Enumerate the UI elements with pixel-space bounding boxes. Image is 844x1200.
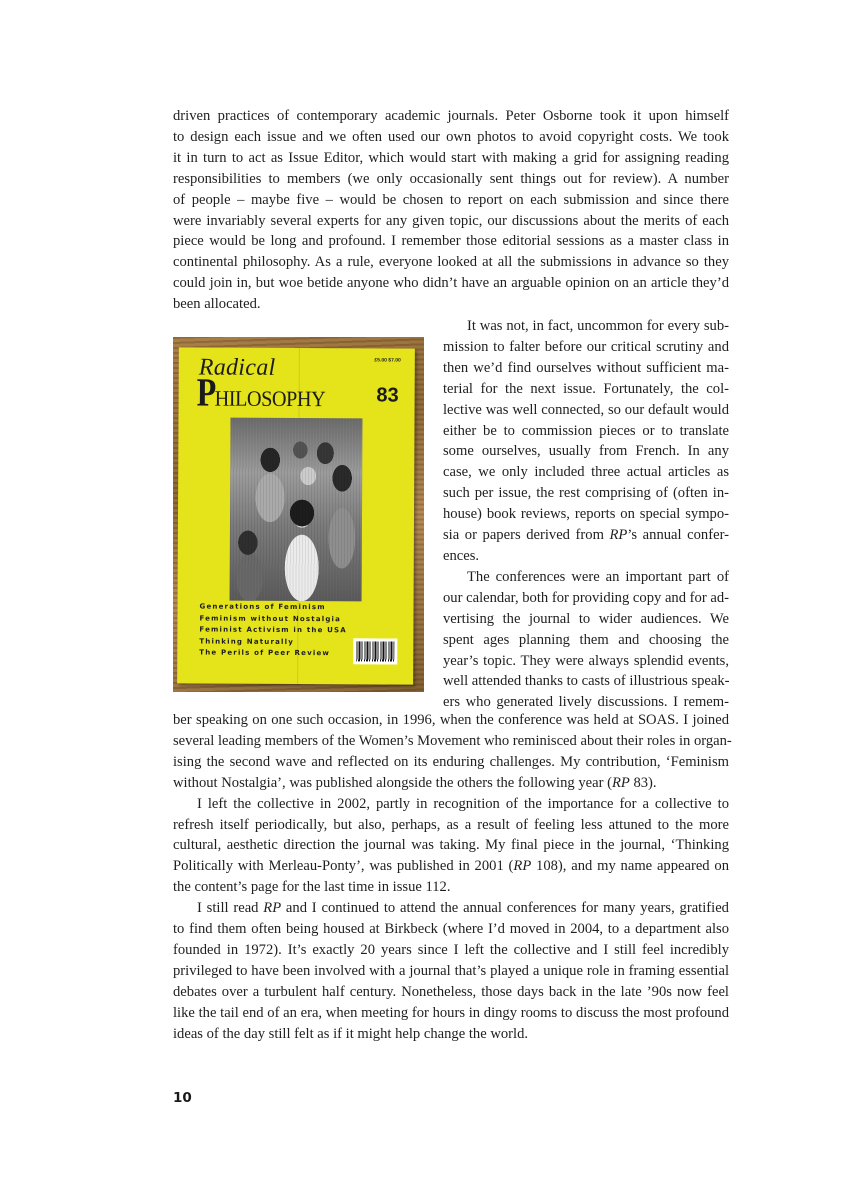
text-line: without Nostalgia’, was published alongs… bbox=[173, 773, 729, 794]
text-line: cultural, aesthetic direction the journa… bbox=[173, 835, 729, 856]
text-line: house) book reviews, reports on special … bbox=[443, 504, 729, 525]
text-line: case, we only included three actual arti… bbox=[443, 462, 729, 483]
text-line: responsibilities to members (we only occ… bbox=[173, 169, 729, 190]
cover-headline: Feminism without Nostalgia bbox=[199, 613, 347, 625]
cover-headline: Feminist Activism in the USA bbox=[199, 624, 347, 636]
cover-headline: The Perils of Peer Review bbox=[199, 647, 347, 659]
document-page: driven practices of contemporary academi… bbox=[0, 0, 844, 1200]
magazine-cover-photo: £5.00 $7.00 Radical P HILOSOPHY 83 Gener… bbox=[173, 337, 424, 692]
text-line: of people – maybe five – would be chosen… bbox=[173, 190, 729, 211]
text-line: refresh itself periodically, but also, p… bbox=[173, 815, 729, 836]
journal-abbrev: RP bbox=[612, 775, 630, 791]
text-line: ideas of the day still felt as if it mig… bbox=[173, 1024, 729, 1045]
paragraph-intro: driven practices of contemporary academi… bbox=[173, 106, 729, 315]
text-line: could join in, but woe betide anyone who… bbox=[173, 273, 729, 294]
cover-headline: Thinking Naturally bbox=[199, 636, 347, 648]
text-line: several leading members of the Women’s M… bbox=[173, 731, 729, 752]
cover-group-photo bbox=[230, 418, 363, 602]
text-line: vertising the journal to wider audiences… bbox=[443, 609, 729, 630]
journal-abbrev: RP bbox=[610, 527, 628, 543]
text-line: driven practices of contemporary academi… bbox=[173, 106, 729, 127]
journal-abbrev: RP bbox=[263, 900, 281, 916]
text-line: the content’s page for the last time in … bbox=[173, 877, 729, 898]
text-line: I still read RP and I continued to atten… bbox=[173, 898, 729, 919]
paragraphs-after-figure: ber speaking on one such occasion, in 19… bbox=[173, 710, 729, 1045]
text-line: piece would be long and profound. I reme… bbox=[173, 231, 729, 252]
cover-price: £5.00 $7.00 bbox=[374, 357, 400, 363]
text-line: been allocated. bbox=[173, 294, 729, 315]
text-line: founded in 1972). It’s exactly 20 years … bbox=[173, 940, 729, 961]
cover-headline: Generations of Feminism bbox=[199, 601, 347, 613]
text-line: debates over a turbulent half century. N… bbox=[173, 982, 729, 1003]
text-line: to find them often being housed at Birkb… bbox=[173, 919, 729, 940]
text-line: our calendar, both for providing copy an… bbox=[443, 588, 729, 609]
text-line: were invariably several experts for any … bbox=[173, 211, 729, 232]
side-column: It was not, in fact, uncommon for every … bbox=[443, 316, 729, 713]
barcode-icon bbox=[353, 638, 397, 664]
cover-headlines: Generations of Feminism Feminism without… bbox=[199, 601, 347, 659]
text-line: then we’d find ourselves without suffici… bbox=[443, 358, 729, 379]
text-line: lective was well connected, so our defau… bbox=[443, 400, 729, 421]
text-line: continental philosophy. As a rule, every… bbox=[173, 252, 729, 273]
text-line: The conferences were an important part o… bbox=[443, 567, 729, 588]
text-line: Politically with Merleau-Ponty’, was pub… bbox=[173, 856, 729, 877]
text-line: It was not, in fact, uncommon for every … bbox=[443, 316, 729, 337]
text-line: privileged to have been involved with a … bbox=[173, 961, 729, 982]
text-line: some ourselves, usually from French. In … bbox=[443, 441, 729, 462]
journal-abbrev: RP bbox=[513, 858, 531, 874]
text-line: like the tail end of an era, when meetin… bbox=[173, 1003, 729, 1024]
cover-title-rest: HILOSOPHY bbox=[215, 388, 326, 411]
text-line: well attended thanks to casts of illustr… bbox=[443, 671, 729, 692]
text-line: I left the collective in 2002, partly in… bbox=[173, 794, 729, 815]
text-line: ences. bbox=[443, 546, 729, 567]
text-line: to design each issue and we often used o… bbox=[173, 127, 729, 148]
text-line: spent ages planning them and choosing th… bbox=[443, 630, 729, 651]
text-line: ising the second wave and reflected on i… bbox=[173, 752, 729, 773]
page-number: 10 bbox=[173, 1090, 192, 1106]
cover-title: P HILOSOPHY bbox=[197, 375, 336, 410]
text-line: it in turn to act as Issue Editor, which… bbox=[173, 148, 729, 169]
text-line: sia or papers derived from RP’s annual c… bbox=[443, 525, 729, 546]
text-line: ber speaking on one such occasion, in 19… bbox=[173, 710, 729, 731]
magazine-cover: £5.00 $7.00 Radical P HILOSOPHY 83 Gener… bbox=[177, 347, 415, 684]
text-line: such per issue, the rest comprising of (… bbox=[443, 483, 729, 504]
text-line: either be to commission pieces or to tra… bbox=[443, 421, 729, 442]
text-line: terial for the next issue. Fortunately, … bbox=[443, 379, 729, 400]
cover-title-initial: P bbox=[197, 375, 217, 409]
text-line: year’s topic. They were always splendid … bbox=[443, 651, 729, 672]
cover-issue-number: 83 bbox=[376, 384, 398, 407]
text-line: mission to falter before our critical sc… bbox=[443, 337, 729, 358]
